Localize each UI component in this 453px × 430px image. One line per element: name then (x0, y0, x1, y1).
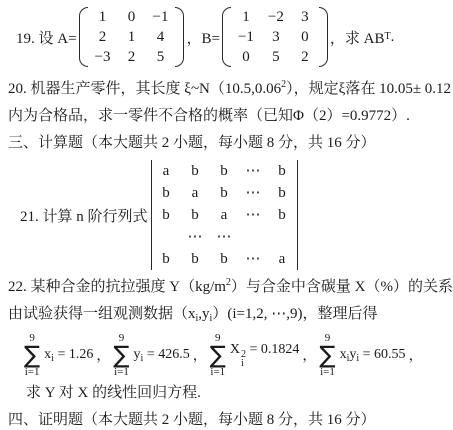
sum-base: y (134, 347, 141, 362)
determinant-row: b b a ⋯ b (151, 204, 297, 226)
determinant-cell: ⋯ (239, 248, 268, 270)
matrix-cell: −1 (231, 27, 261, 47)
matrix-B: 1 −2 3 −1 3 0 0 5 2 (222, 5, 328, 69)
q22-summation-line: 9 ∑ i=1 xi = 1.26 ， 9 ∑ i=1 yi = 426.5 ，… (24, 332, 447, 378)
determinant-cell: b (268, 204, 298, 226)
matrix-row: 1 0 −1 (88, 7, 176, 27)
q22-line2-text-b: ,y (198, 306, 209, 322)
determinant-cell: b (151, 204, 181, 226)
matrix-cell: 0 (118, 7, 146, 27)
matrix-cell: 0 (231, 47, 261, 67)
matrix-cell: −1 (146, 7, 176, 27)
sum-value: = 0.1824 (246, 342, 299, 357)
determinant-cell: ⋯ (210, 226, 239, 248)
matrix-cell: 4 (146, 27, 176, 47)
determinant-cell: b (181, 160, 210, 182)
matrix-row: 0 5 2 (231, 47, 319, 67)
sum-separator: ， (193, 345, 207, 365)
matrix-cell: 5 (146, 47, 176, 67)
sum-expression: xiyi = 60.55 (340, 347, 406, 363)
matrix-cell: 2 (118, 47, 146, 67)
sum-value: = 426.5 (143, 347, 189, 362)
determinant-row: b b b ⋯ a (151, 248, 297, 270)
q21-lead-text: 21. 计算 n 阶行列式 (20, 205, 148, 226)
matrix-cell: 5 (261, 47, 291, 67)
sum-lower-limit: i=1 (210, 366, 225, 378)
determinant-cell: a (151, 160, 181, 182)
q20-line1-text-b: ），规定ξ落在 10.05± 0.12 (286, 81, 451, 97)
q22-line1-text-a: 22. 某种合金的抗拉强度 Y（kg/m (8, 279, 226, 295)
sum-base: X (230, 342, 240, 357)
determinant-row: b a b ⋯ b (151, 182, 297, 204)
matrix-cell: −3 (88, 47, 118, 67)
determinant-cell (151, 226, 181, 248)
matrix-row: 2 1 4 (88, 27, 176, 47)
determinant-table: a b b ⋯ b b a b ⋯ b b b a ⋯ b (151, 160, 298, 270)
sigma-symbol: ∑ (210, 344, 226, 366)
q19-mid-text: ，B= (186, 27, 219, 48)
sum-expression: X2i = 0.1824 (230, 342, 300, 368)
matrix-row: −1 3 0 (231, 27, 319, 47)
sum-expression: xi = 1.26 (44, 347, 93, 363)
sum-value: = 60.55 (359, 347, 405, 362)
sum-value: = 1.26 (54, 347, 93, 362)
determinant-cell: b (181, 204, 210, 226)
matrix-cell: −2 (261, 7, 291, 27)
determinant-cell: b (268, 182, 298, 204)
determinant-cell: a (210, 204, 239, 226)
sum-lower-limit: i=1 (320, 366, 335, 378)
matrix-cell: 0 (291, 27, 319, 47)
matrix-cell: 1 (231, 7, 261, 27)
q19-tail-text: ，求 AB (330, 27, 385, 48)
determinant-cell (239, 226, 268, 248)
determinant-cell: a (181, 182, 210, 204)
determinant-cell: b (268, 160, 298, 182)
q22-line1-text-b: ）与合金中含碳量 X（%）的关系， (231, 279, 453, 295)
determinant-cell: a (268, 248, 298, 270)
determinant-row: a b b ⋯ b (151, 160, 297, 182)
question-21: 21. 计算 n 阶行列式 a b b ⋯ b b a b ⋯ b b b a … (20, 160, 447, 270)
sigma-symbol: ∑ (113, 344, 129, 366)
section-3-heading: 三、计算题（本大题共 2 小题，每小题 8 分，共 16 分） (8, 130, 447, 157)
matrix-cell: 2 (291, 47, 319, 67)
matrix-B-table: 1 −2 3 −1 3 0 0 5 2 (231, 7, 319, 67)
determinant-cell: b (210, 182, 239, 204)
summation-sum-yi: 9 ∑ i=1 (113, 332, 129, 378)
question-20-line-2: 内为合格品，求一零件不合格的概率（已知Φ（2）=0.9772）. (8, 103, 447, 130)
sigma-symbol: ∑ (319, 344, 335, 366)
sum-lower-limit: i=1 (114, 366, 129, 378)
question-22-line-1: 22. 某种合金的抗拉强度 Y（kg/m2）与合金中含碳量 X（%）的关系， (8, 274, 447, 301)
sum-expression: yi = 426.5 (134, 347, 190, 363)
matrix-cell: 3 (261, 27, 291, 47)
determinant-cell: ⋯ (239, 204, 268, 226)
exam-document-page: 19. 设 A= 1 0 −1 2 1 4 −3 2 5 (0, 0, 453, 430)
summation-sum-xiyi: 9 ∑ i=1 (319, 332, 335, 378)
q22-line2-text-c: ）(i=1,2, ⋯,9)，整理后得 (212, 306, 377, 322)
q22-line2-text-a: 由试验获得一组观测数据（x (8, 306, 196, 322)
determinant-cell: b (210, 160, 239, 182)
question-19: 19. 设 A= 1 0 −1 2 1 4 −3 2 5 (16, 5, 447, 69)
q19-period: . (391, 29, 395, 46)
sum-separator: ， (302, 345, 316, 365)
sum-separator: ， (409, 345, 423, 365)
sum-lower-limit: i=1 (25, 366, 40, 378)
sigma-symbol: ∑ (24, 344, 40, 366)
matrix-A-table: 1 0 −1 2 1 4 −3 2 5 (88, 7, 176, 67)
matrix-cell: 2 (88, 27, 118, 47)
summation-sum-xi-squared: 9 ∑ i=1 (210, 332, 226, 378)
matrix-cell: 3 (291, 7, 319, 27)
question-20-line-1: 20. 机器生产零件，其长度 ξ~N（10.5,0.062），规定ξ落在 10.… (8, 76, 447, 103)
determinant-cell: ⋯ (239, 182, 268, 204)
determinant-cell: b (210, 248, 239, 270)
q19-lead-text: 19. 设 A= (16, 27, 77, 48)
matrix-cell: 1 (88, 7, 118, 27)
matrix-row: −3 2 5 (88, 47, 176, 67)
matrix-A: 1 0 −1 2 1 4 −3 2 5 (79, 5, 185, 69)
question-22-line-3: 求 Y 对 X 的线性回归方程. (26, 380, 447, 407)
determinant-row: ⋯ ⋯ (151, 226, 297, 248)
matrix-row: 1 −2 3 (231, 7, 319, 27)
determinant-cell: ⋯ (181, 226, 210, 248)
summation-sum-xi: 9 ∑ i=1 (24, 332, 40, 378)
sum-base: x (340, 347, 347, 362)
determinant-cell: ⋯ (239, 160, 268, 182)
determinant-cell: b (181, 248, 210, 270)
sum-subscript: i (241, 359, 244, 368)
determinant-cell (268, 226, 298, 248)
determinant-cell: b (151, 248, 181, 270)
sum-separator: ， (96, 345, 110, 365)
section-4-heading: 四、证明题（本大题共 2 小题，每小题 8 分，共 16 分） (8, 407, 447, 430)
q20-line1-text-a: 20. 机器生产零件，其长度 ξ~N（10.5,0.06 (8, 81, 281, 97)
determinant-cell: b (151, 182, 181, 204)
matrix-cell: 1 (118, 27, 146, 47)
question-22-line-2: 由试验获得一组观测数据（xi,yi）(i=1,2, ⋯,9)，整理后得 (8, 301, 447, 328)
